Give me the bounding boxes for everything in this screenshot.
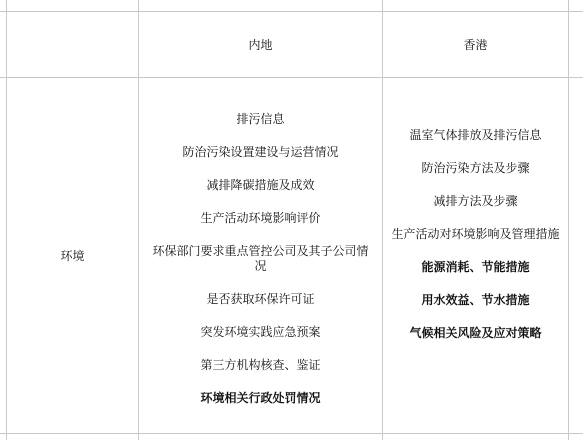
header-cell-hongkong[interactable]: 香港 — [383, 12, 568, 77]
hongkong-item: 减排方法及步骤 — [429, 194, 521, 209]
hongkong-item: 防治污染方法及步骤 — [417, 161, 533, 176]
mainland-item: 减排降碳措施及成效 — [202, 178, 318, 193]
mainland-item: 排污信息 — [232, 112, 288, 127]
hongkong-cell[interactable]: 温室气体排放及排污信息 防治污染方法及步骤 减排方法及步骤 生产活动对环境影响及… — [383, 78, 568, 433]
header-cell-empty[interactable] — [7, 12, 138, 77]
mainland-item: 第三方机构核查、鉴证 — [196, 358, 324, 373]
header-cell-mainland[interactable]: 内地 — [139, 12, 382, 77]
hongkong-item: 气候相关风险及应对策略 — [405, 326, 545, 341]
mainland-item: 防治污染设置建设与运营情况 — [178, 145, 342, 160]
mainland-item: 环境相关行政处罚情况 — [196, 391, 324, 406]
header-label-mainland: 内地 — [248, 36, 272, 53]
row-label-environment: 环境 — [60, 247, 84, 264]
hongkong-item: 生产活动对环境影响及管理措施 — [386, 227, 566, 242]
hongkong-item: 能源消耗、节能措施 — [417, 260, 533, 275]
hongkong-item: 温室气体排放及排污信息 — [405, 128, 545, 143]
header-label-hongkong: 香港 — [463, 36, 487, 53]
row-label-cell[interactable]: 环境 — [7, 78, 138, 433]
grid-line — [568, 0, 569, 440]
mainland-item: 是否获取环保许可证 — [202, 292, 318, 307]
mainland-item: 突发环境实践应急预案 — [196, 325, 324, 340]
hongkong-item: 用水效益、节水措施 — [417, 293, 533, 308]
mainland-cell[interactable]: 排污信息 防治污染设置建设与运营情况 减排降碳措施及成效 生产活动环境影响评价 … — [139, 78, 382, 433]
mainland-item: 生产活动环境影响评价 — [196, 211, 324, 226]
mainland-item: 环保部门要求重点管控公司及其子公司情况 — [143, 244, 378, 274]
grid-line — [0, 433, 583, 434]
